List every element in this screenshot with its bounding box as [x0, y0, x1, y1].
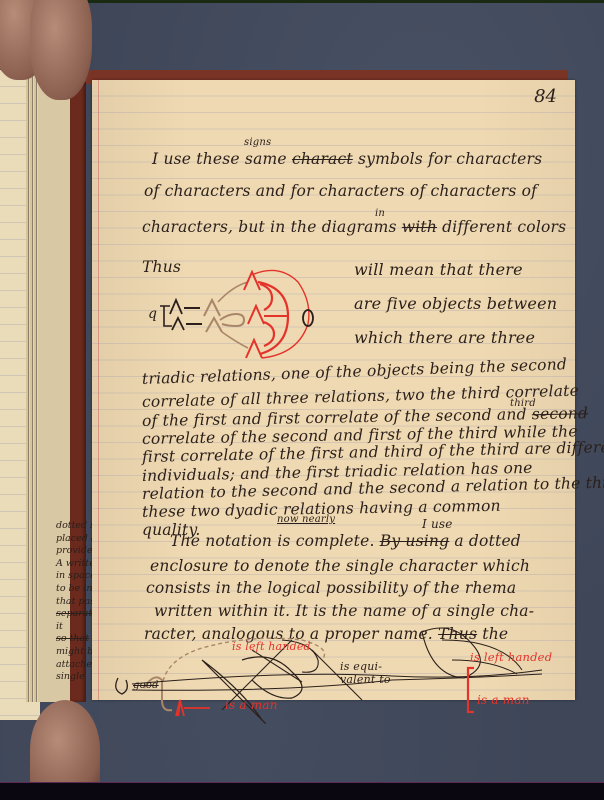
red-label-left-handed: is left handed — [232, 640, 311, 653]
equivalent-line-1: is equi- — [340, 660, 391, 673]
holding-finger-thumb — [30, 0, 92, 100]
insertion-signs: signs — [244, 137, 271, 148]
bottom-black-bar — [0, 782, 604, 800]
text-right-1: will mean that there — [354, 260, 523, 279]
text-line-n3: consists in the logical possibility of t… — [146, 579, 516, 597]
red-label-right-left-handed: is left handed — [470, 650, 552, 664]
text-line-n2: enclosure to denote the single character… — [150, 557, 530, 575]
is-equivalent-to: is equi- valent to — [340, 660, 391, 686]
text-line-2: of characters and for characters of char… — [144, 182, 537, 200]
text-line-1: I use these same charact symbols for cha… — [152, 150, 542, 168]
crossed-out-example-diagram — [92, 620, 575, 730]
text-fragment: symbols for characters — [358, 150, 542, 168]
red-label-right-is-a-man: is a man — [477, 693, 530, 707]
text-fragment: characters, but in the diagrams — [142, 218, 397, 236]
text-fragment: a dotted — [454, 532, 521, 550]
page-edges — [26, 72, 38, 702]
text-right-3: which there are three — [354, 328, 535, 347]
manuscript-page: 84 signs I use these same charact symbol… — [92, 80, 575, 700]
equivalent-line-2: valent to — [340, 673, 391, 686]
text-line-n1: The notation is complete. By using a dot… — [170, 532, 521, 550]
top-edge-strip — [0, 0, 604, 3]
struck-word: By using — [380, 532, 449, 550]
struck-word: second — [532, 404, 589, 423]
rhema-diagram: q — [148, 262, 348, 362]
text-fragment: I use these same — [152, 150, 287, 168]
text-line-n4: written within it. It is the name of a s… — [154, 602, 534, 620]
insertion-i-use: I use — [422, 517, 453, 531]
page-margin-rule — [98, 80, 99, 700]
text-fragment: complete. — [296, 532, 375, 550]
text-fragment: different colors — [442, 218, 566, 236]
struck-word: charact — [292, 150, 353, 168]
page-number: 84 — [534, 86, 557, 107]
text-fragment: The notation is — [170, 532, 291, 550]
struck-word-good: good — [133, 680, 159, 691]
insertion-now-nearly: now nearly — [277, 514, 335, 525]
diagram-q-mark: q — [148, 306, 157, 322]
photo-background: dotted signs placed about provided a A w… — [0, 0, 604, 782]
text-right-2: are five objects between — [354, 294, 557, 313]
text-line-3: characters, but in the diagrams with dif… — [142, 218, 566, 236]
struck-word: with — [402, 218, 437, 236]
red-label-is-a-man: is a man — [225, 698, 278, 712]
